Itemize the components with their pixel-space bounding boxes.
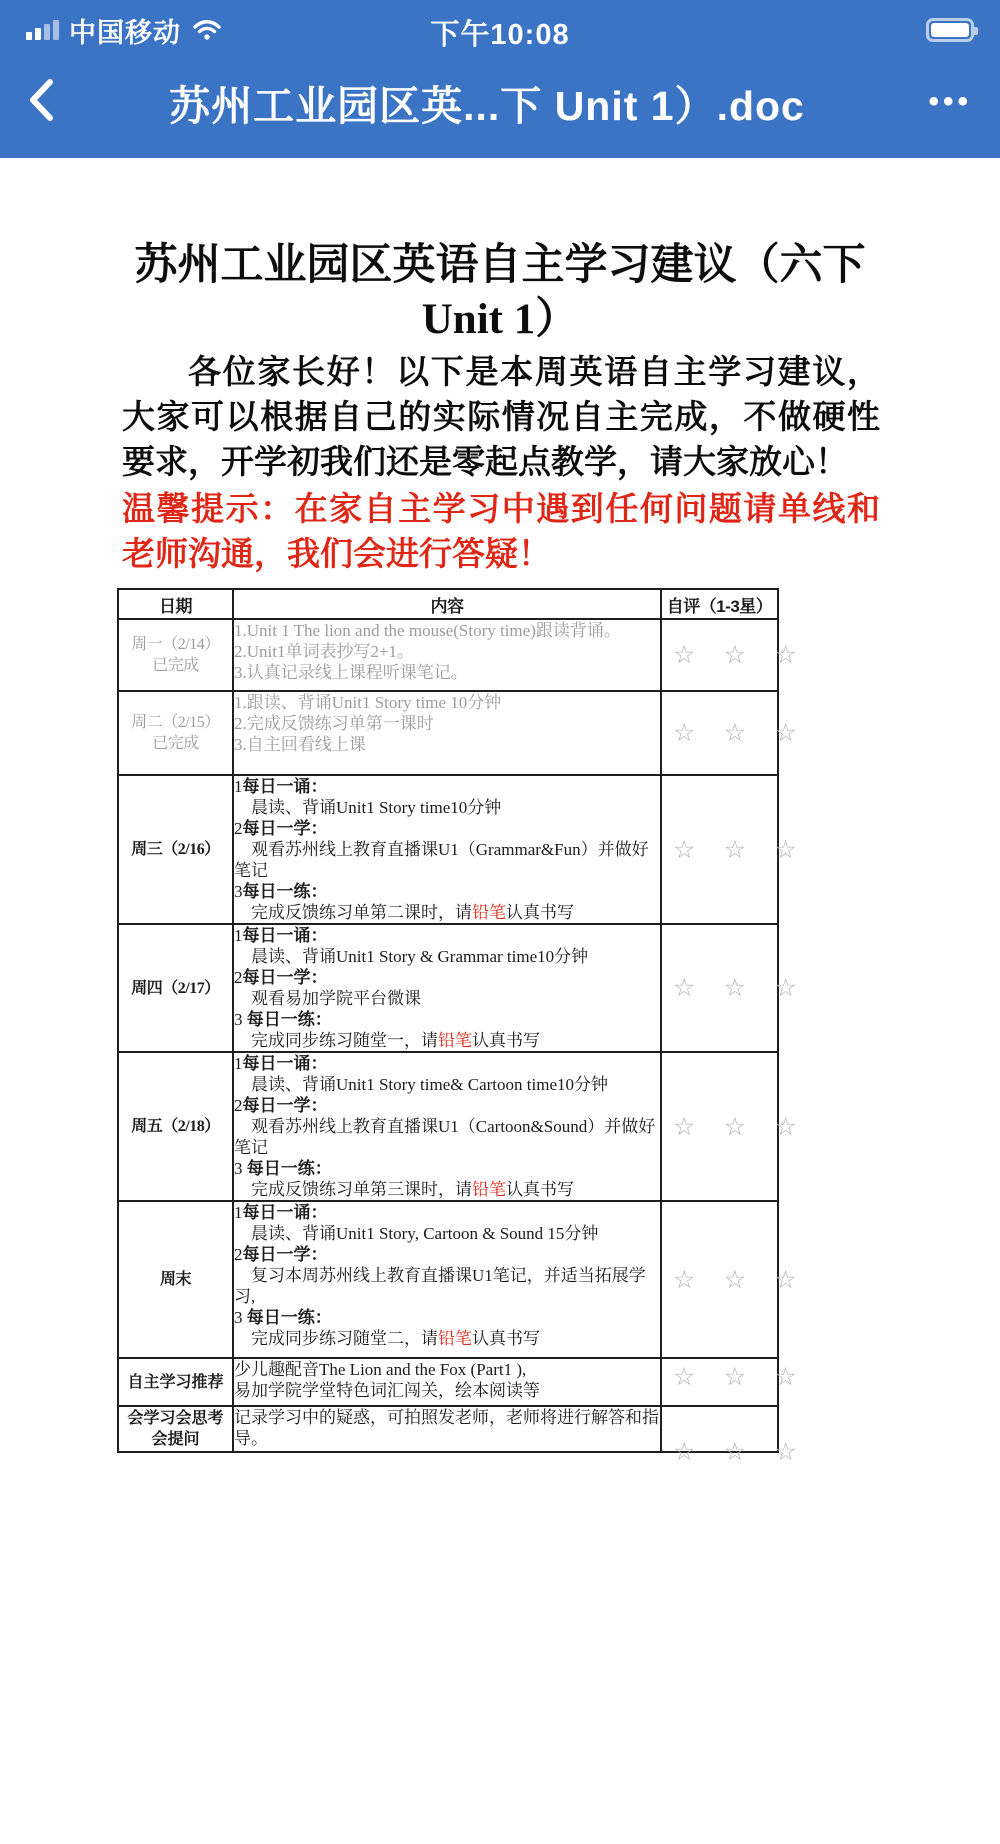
content-line: 完成反馈练习单第三课时，请铅笔认真书写 bbox=[234, 1179, 660, 1200]
date-cell: 周四（2/17） bbox=[118, 924, 233, 1052]
table-row: 周三（2/16）1每日一诵： 晨读、背诵Unit1 Story time10分钟… bbox=[118, 775, 778, 924]
content-cell: 1每日一诵： 晨读、背诵Unit1 Story, Cartoon & Sound… bbox=[233, 1201, 661, 1358]
table-row: 周五（2/18）1每日一诵： 晨读、背诵Unit1 Story time& Ca… bbox=[118, 1052, 778, 1201]
stars-cell: ☆ ☆ ☆ bbox=[661, 1406, 778, 1452]
content-line: 1每日一诵： bbox=[234, 1053, 660, 1074]
stars-cell: ☆ ☆ ☆ bbox=[661, 775, 778, 924]
content-line: 3 每日一练： bbox=[234, 1158, 660, 1179]
content-line: 观看易加学院平台微课 bbox=[234, 988, 660, 1009]
date-cell: 周末 bbox=[118, 1201, 233, 1358]
content-cell: 1每日一诵： 晨读、背诵Unit1 Story & Grammar time10… bbox=[233, 924, 661, 1052]
table-row: 周末1每日一诵： 晨读、背诵Unit1 Story, Cartoon & Sou… bbox=[118, 1201, 778, 1358]
content-cell: 1每日一诵： 晨读、背诵Unit1 Story time& Cartoon ti… bbox=[233, 1052, 661, 1201]
stars-cell: ☆ ☆ ☆ bbox=[661, 1201, 778, 1358]
table-header-cell: 日期 bbox=[118, 589, 233, 619]
content-line: 1每日一诵： bbox=[234, 776, 660, 797]
content-line: 观看苏州线上教育直播课U1（Cartoon&Sound）并做好笔记 bbox=[234, 1116, 660, 1158]
content-line: 晨读、背诵Unit1 Story & Grammar time10分钟 bbox=[234, 946, 660, 967]
star-rating: ☆ ☆ ☆ bbox=[662, 975, 808, 1002]
content-line: 1每日一诵： bbox=[234, 925, 660, 946]
content-line: 记录学习中的疑惑，可拍照发老师，老师将进行解答和指导。 bbox=[234, 1407, 660, 1449]
content-line: 3 每日一练： bbox=[234, 1307, 660, 1328]
wifi-icon bbox=[193, 19, 221, 41]
back-button[interactable] bbox=[28, 78, 74, 127]
carrier-label: 中国移动 bbox=[69, 11, 181, 50]
star-rating: ☆ ☆ ☆ bbox=[662, 642, 808, 669]
content-cell: 记录学习中的疑惑，可拍照发老师，老师将进行解答和指导。 bbox=[233, 1406, 661, 1452]
content-line: 3.自主回看线上课 bbox=[234, 734, 660, 755]
date-cell: 周三（2/16） bbox=[118, 775, 233, 924]
star-rating: ☆ ☆ ☆ bbox=[662, 720, 808, 747]
content-line: 3.认真记录线上课程听课笔记。 bbox=[234, 662, 660, 683]
content-line: 晨读、背诵Unit1 Story, Cartoon & Sound 15分钟 bbox=[234, 1223, 660, 1244]
stars-cell: ☆ ☆ ☆ bbox=[661, 924, 778, 1052]
study-table: 日期内容自评（1-3星） 周一（2/14）已完成1.Unit 1 The lio… bbox=[117, 588, 779, 1453]
stars-cell: ☆ ☆ ☆ bbox=[661, 1358, 778, 1406]
content-line: 复习本周苏州线上教育直播课U1笔记，并适当拓展学习, bbox=[234, 1265, 660, 1307]
content-line: 晨读、背诵Unit1 Story time& Cartoon time10分钟 bbox=[234, 1074, 660, 1095]
content-line: 完成反馈练习单第二课时，请铅笔认真书写 bbox=[234, 902, 660, 923]
star-rating: ☆ ☆ ☆ bbox=[662, 1364, 808, 1391]
content-cell: 少儿趣配音The Lion and the Fox (Part1 ),易加学院学… bbox=[233, 1358, 661, 1406]
content-line: 易加学院学堂特色词汇闯关，绘本阅读等 bbox=[234, 1380, 660, 1401]
top-chrome: 中国移动 下午10:08 苏州工业园区英...下 Unit 1）.doc ••• bbox=[0, 0, 1000, 158]
content-cell: 1.跟读、背诵Unit1 Story time 10分钟2.完成反馈练习单第一课… bbox=[233, 691, 661, 775]
more-menu-button[interactable]: ••• bbox=[900, 85, 972, 119]
content-line: 2每日一学： bbox=[234, 1095, 660, 1116]
content-line: 2每日一学： bbox=[234, 967, 660, 988]
content-line: 少儿趣配音The Lion and the Fox (Part1 ), bbox=[234, 1359, 660, 1380]
content-line: 观看苏州线上教育直播课U1（Grammar&Fun）并做好笔记 bbox=[234, 839, 660, 881]
content-line: 2每日一学： bbox=[234, 818, 660, 839]
nav-bar: 苏州工业园区英...下 Unit 1）.doc ••• bbox=[0, 50, 1000, 154]
table-row: 周四（2/17）1每日一诵： 晨读、背诵Unit1 Story & Gramma… bbox=[118, 924, 778, 1052]
content-cell: 1每日一诵： 晨读、背诵Unit1 Story time10分钟2每日一学： 观… bbox=[233, 775, 661, 924]
content-line: 2.完成反馈练习单第一课时 bbox=[234, 713, 660, 734]
chevron-left-icon bbox=[28, 78, 54, 127]
table-row: 自主学习推荐少儿趣配音The Lion and the Fox (Part1 )… bbox=[118, 1358, 778, 1406]
document-viewport[interactable]: 苏州工业园区英语自主学习建议（六下 Unit 1） 各位家长好！以下是本周英语自… bbox=[0, 158, 1000, 1844]
table-row: 周二（2/15）已完成1.跟读、背诵Unit1 Story time 10分钟2… bbox=[118, 691, 778, 775]
date-cell: 周一（2/14）已完成 bbox=[118, 619, 233, 691]
content-line: 1.Unit 1 The lion and the mouse(Story ti… bbox=[234, 620, 660, 641]
star-rating: ☆ ☆ ☆ bbox=[662, 1114, 808, 1141]
signal-bars-icon bbox=[26, 20, 59, 40]
intro-paragraph: 各位家长好！以下是本周英语自主学习建议，大家可以根据自己的实际情况自主完成，不做… bbox=[122, 349, 880, 484]
content-line: 1.跟读、背诵Unit1 Story time 10分钟 bbox=[234, 692, 660, 713]
table-header-row: 日期内容自评（1-3星） bbox=[118, 589, 778, 619]
table-header-cell: 自评（1-3星） bbox=[661, 589, 778, 619]
content-cell: 1.Unit 1 The lion and the mouse(Story ti… bbox=[233, 619, 661, 691]
stars-cell: ☆ ☆ ☆ bbox=[661, 619, 778, 691]
star-rating: ☆ ☆ ☆ bbox=[662, 1437, 777, 1467]
phone-screen: 中国移动 下午10:08 苏州工业园区英...下 Unit 1）.doc ••• bbox=[0, 0, 1000, 1844]
content-line: 2每日一学： bbox=[234, 1244, 660, 1265]
table-header-cell: 内容 bbox=[233, 589, 661, 619]
table-row: 周一（2/14）已完成1.Unit 1 The lion and the mou… bbox=[118, 619, 778, 691]
battery-icon bbox=[926, 18, 974, 42]
content-line: 完成同步练习随堂一，请铅笔认真书写 bbox=[234, 1030, 660, 1051]
content-line: 1每日一诵： bbox=[234, 1202, 660, 1223]
doc-heading: 苏州工业园区英语自主学习建议（六下 Unit 1） bbox=[0, 158, 1000, 347]
date-cell: 自主学习推荐 bbox=[118, 1358, 233, 1406]
stars-cell: ☆ ☆ ☆ bbox=[661, 1052, 778, 1201]
stars-cell: ☆ ☆ ☆ bbox=[661, 691, 778, 775]
table-row: 会学习会思考会提问记录学习中的疑惑，可拍照发老师，老师将进行解答和指导。☆ ☆ … bbox=[118, 1406, 778, 1452]
status-bar: 中国移动 下午10:08 bbox=[0, 0, 1000, 50]
date-cell: 会学习会思考会提问 bbox=[118, 1406, 233, 1452]
content-line: 2.Unit1单词表抄写2+1。 bbox=[234, 641, 660, 662]
document-filename: 苏州工业园区英...下 Unit 1）.doc bbox=[74, 73, 900, 132]
content-line: 3 每日一练： bbox=[234, 1009, 660, 1030]
content-line: 3每日一练： bbox=[234, 881, 660, 902]
doc-heading-line1: 苏州工业园区英语自主学习建议（六下 bbox=[135, 241, 866, 289]
content-line: 完成同步练习随堂二，请铅笔认真书写 bbox=[234, 1328, 660, 1349]
notice-paragraph: 温馨提示：在家自主学习中遇到任何问题请单线和老师沟通，我们会进行答疑！ bbox=[122, 486, 880, 576]
date-cell: 周五（2/18） bbox=[118, 1052, 233, 1201]
content-line: 晨读、背诵Unit1 Story time10分钟 bbox=[234, 797, 660, 818]
star-rating: ☆ ☆ ☆ bbox=[662, 837, 808, 864]
doc-heading-line2: Unit 1） bbox=[422, 296, 578, 343]
star-rating: ☆ ☆ ☆ bbox=[662, 1267, 808, 1294]
date-cell: 周二（2/15）已完成 bbox=[118, 691, 233, 775]
